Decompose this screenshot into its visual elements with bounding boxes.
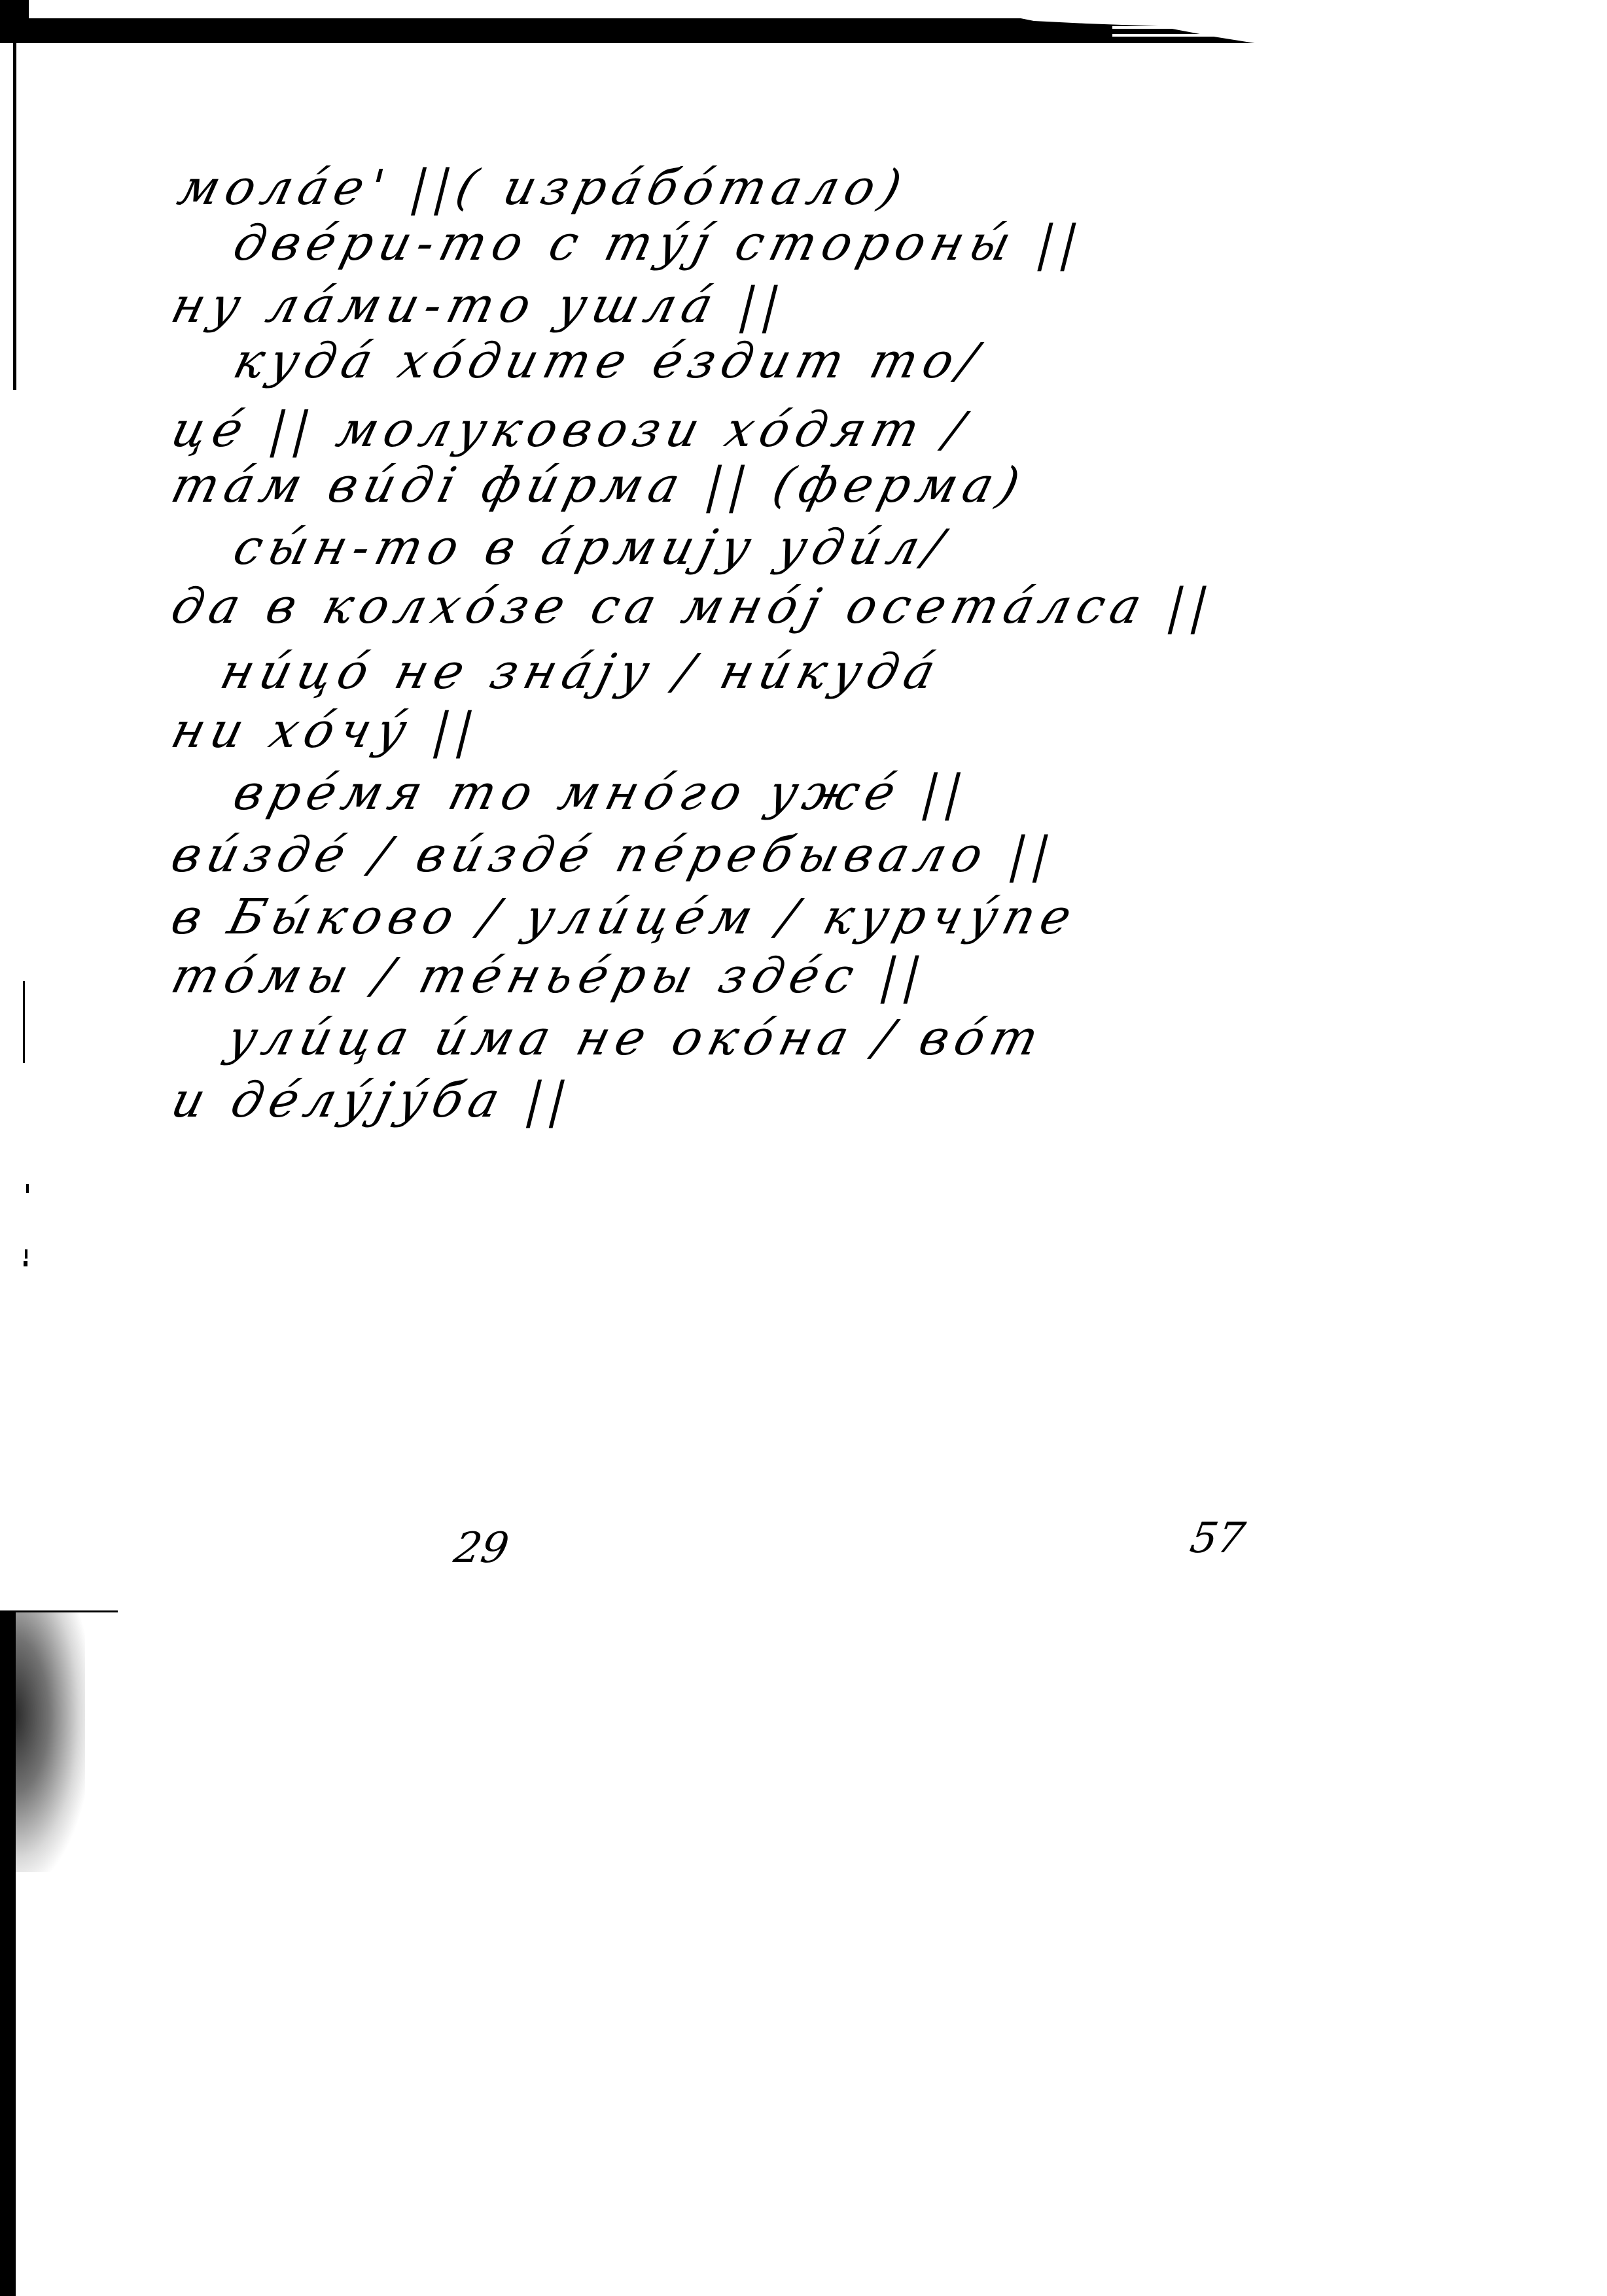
scan-shadow-noise bbox=[13, 1610, 85, 1872]
manuscript-line: та́м ви́ді фи́рма || (ферма) bbox=[167, 461, 1031, 510]
page-number-right: 57 bbox=[1187, 1518, 1248, 1559]
manuscript-line: в Бы́ково / ули́це́м / курчу́пе bbox=[167, 893, 1082, 941]
manuscript-line: ви́зде́ / ви́зде́ пе́ребывало || bbox=[167, 831, 1062, 879]
manuscript-line: ну ла́ми-то ушла́ || bbox=[167, 281, 792, 330]
manuscript-line: ни́цо́ не зна́ју / ни́куда́ bbox=[216, 648, 946, 696]
manuscript-line: да в колхо́зе са мно́ј осета́лса || bbox=[167, 582, 1220, 631]
manuscript-line: то́мы / те́нье́ры зде́с || bbox=[167, 952, 933, 1000]
manuscript-line: вре́мя то мно́го уже́ || bbox=[229, 769, 974, 817]
manuscript-line: мола́е' ||( изра́бо́тало) bbox=[173, 164, 913, 212]
manuscript-line: сы́н-то в а́рмију уди́л/ bbox=[229, 523, 954, 572]
page-number-left: 29 bbox=[451, 1527, 512, 1569]
manuscript-line: ули́ца и́ма не око́на / во́т bbox=[222, 1014, 1050, 1062]
manuscript-line: ни хо́чу́ || bbox=[167, 706, 486, 755]
manuscript-line: две́ри-то с ту́ј́ стороны́ || bbox=[229, 219, 1090, 268]
manuscript-line: и де́лу́ју́ба || bbox=[167, 1076, 578, 1124]
manuscript-line: куда́ хо́дите е́здит то/ bbox=[229, 337, 988, 385]
manuscript-line: це́ || молуковози хо́дят / bbox=[167, 406, 975, 454]
handwritten-text-block: мола́е' ||( изра́бо́тало) две́ри-то с ту… bbox=[0, 0, 1607, 1505]
